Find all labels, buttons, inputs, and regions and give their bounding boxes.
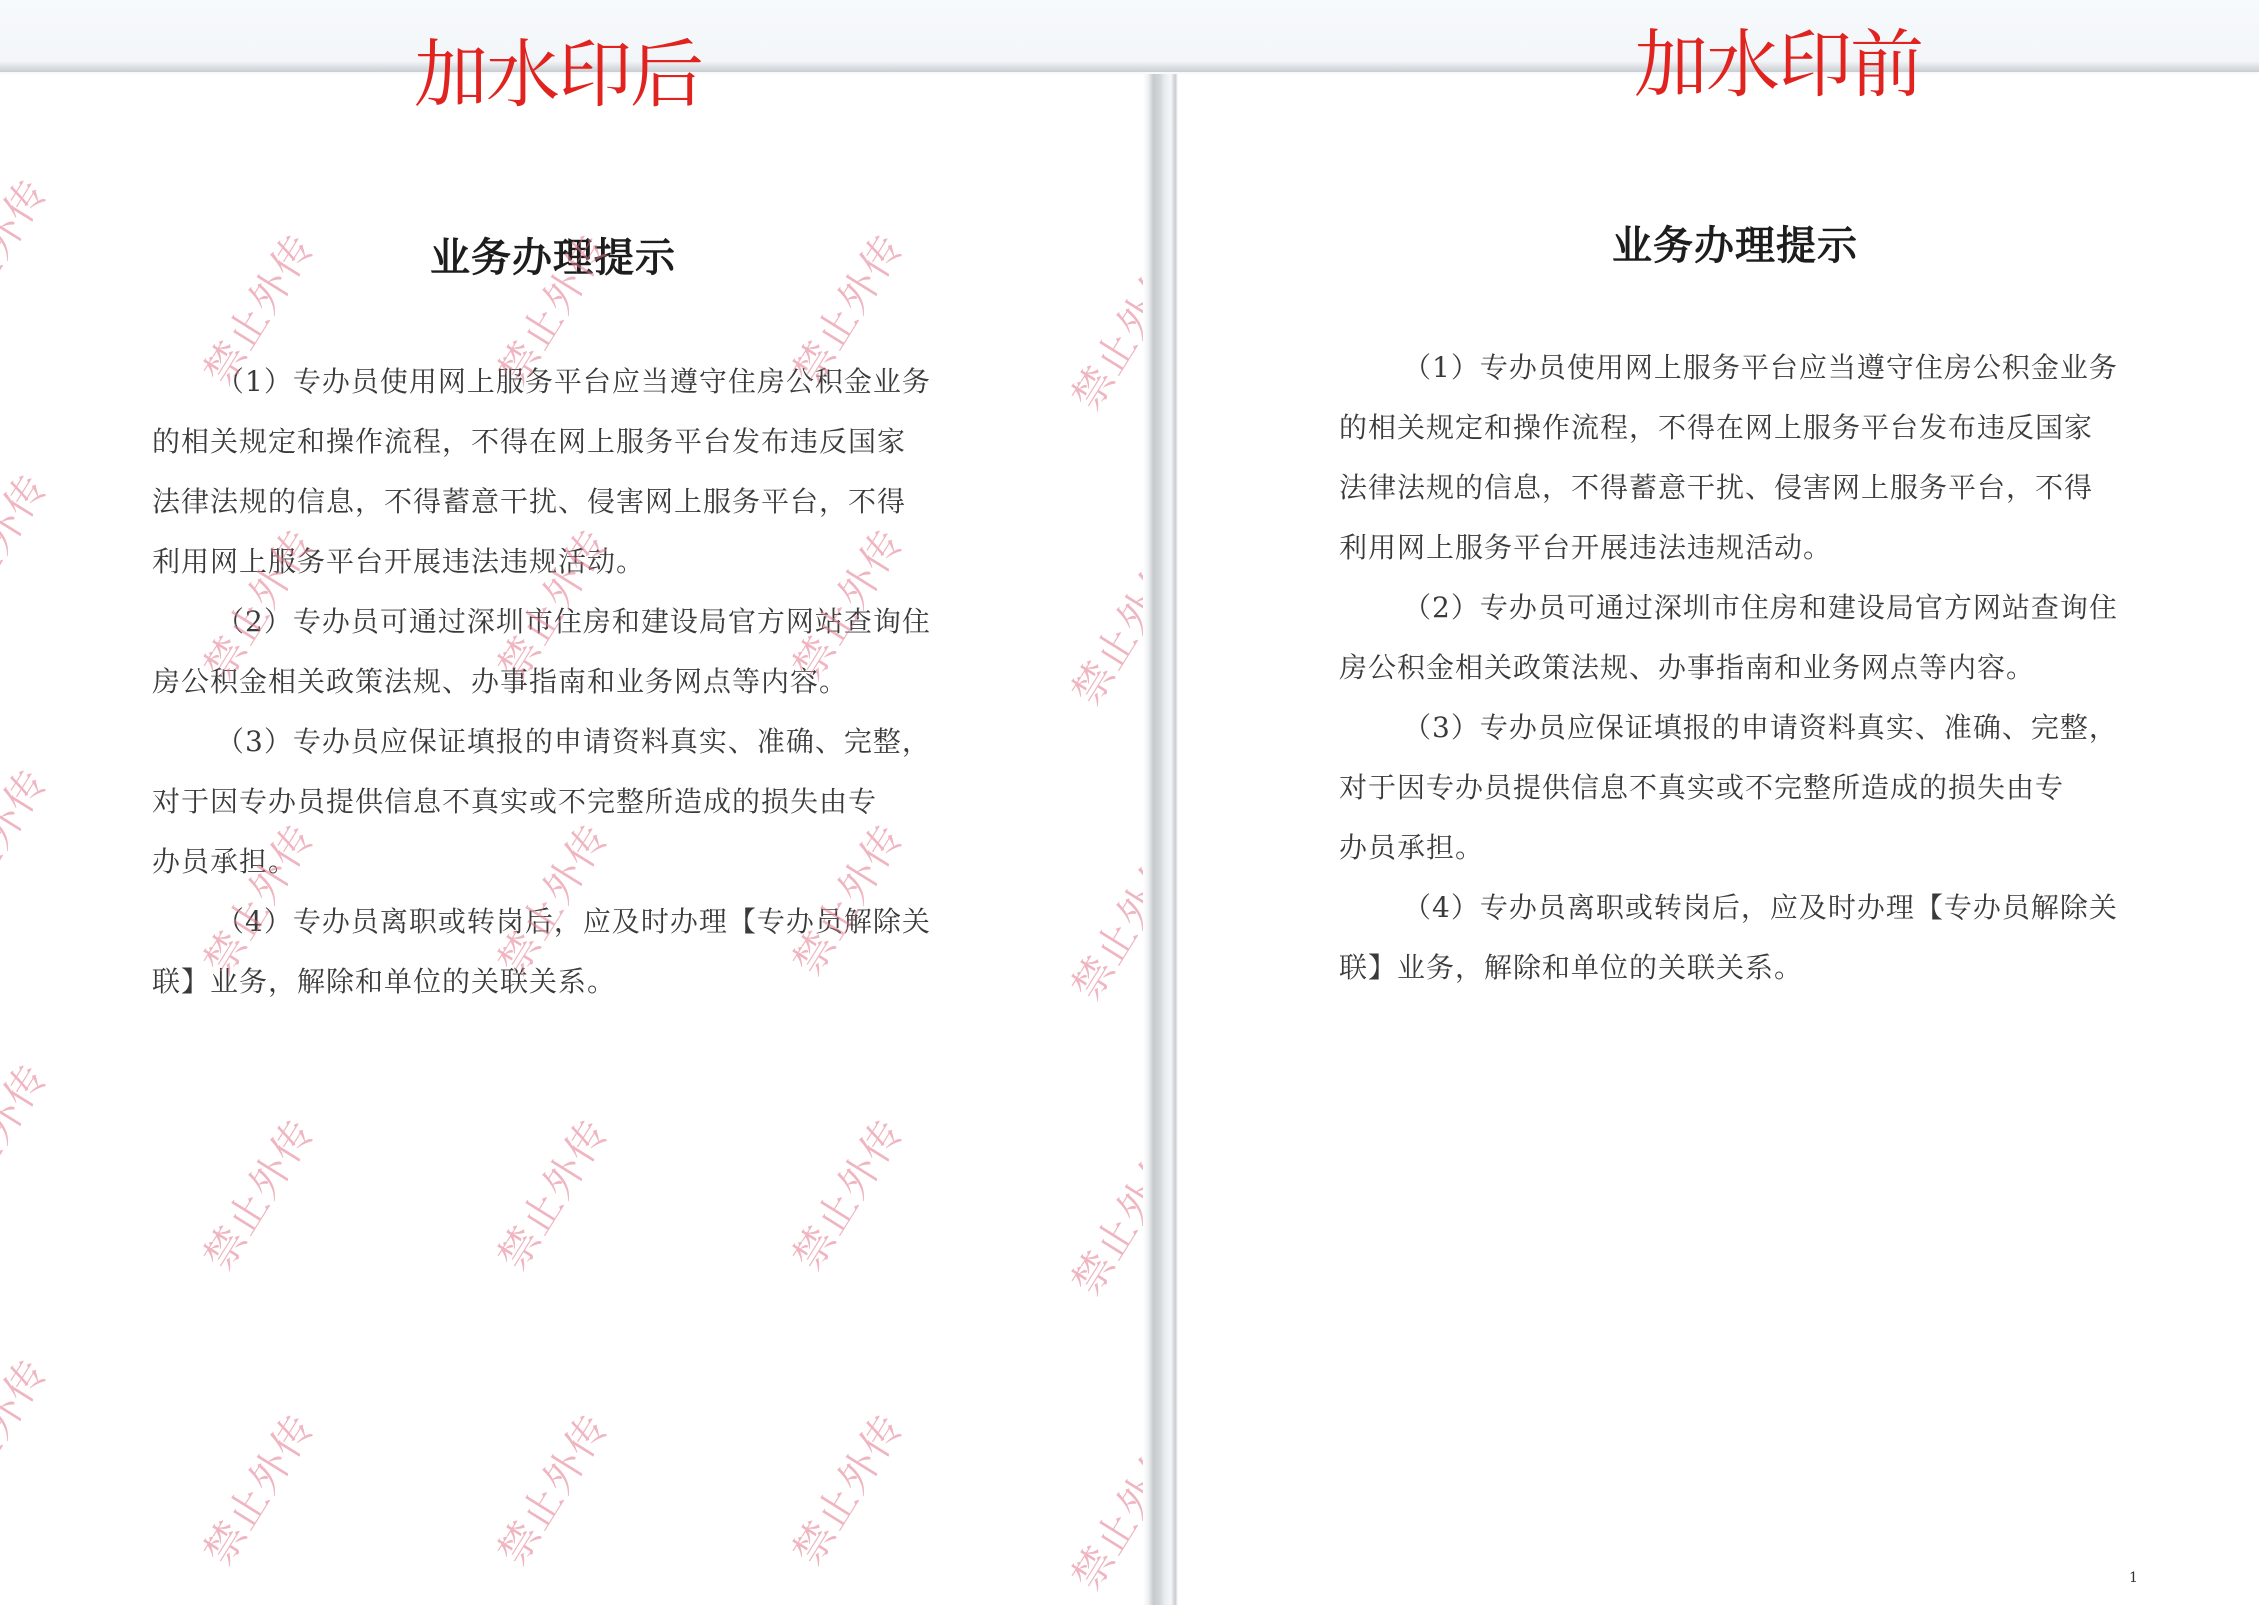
document-body: （1）专办员使用网上服务平台应当遵守住房公积金业务 的相关规定和操作流程，不得在…	[1339, 338, 2169, 998]
document-body: （1）专办员使用网上服务平台应当遵守住房公积金业务 的相关规定和操作流程，不得在…	[152, 352, 982, 1012]
body-line: 联】业务，解除和单位的关联关系。	[1339, 938, 2169, 998]
body-line: 的相关规定和操作流程，不得在网上服务平台发布违反国家	[152, 412, 982, 472]
watermark-text: 禁止外传	[0, 460, 59, 634]
body-line: （2）专办员可通过深圳市住房和建设局官方网站查询住	[1339, 578, 2169, 638]
body-line: 的相关规定和操作流程，不得在网上服务平台发布违反国家	[1339, 398, 2169, 458]
pdf-viewer-comparison: 业务办理提示 （1）专办员使用网上服务平台应当遵守住房公积金业务 的相关规定和操…	[0, 0, 2259, 1605]
watermark-text: 禁止外传	[777, 1400, 915, 1574]
watermark-text: 禁止外传	[0, 1050, 59, 1224]
body-line: （3）专办员应保证填报的申请资料真实、准确、完整，	[152, 712, 982, 772]
body-line: （4）专办员离职或转岗后，应及时办理【专办员解除关	[152, 892, 982, 952]
watermark-text: 禁止外传	[1056, 540, 1143, 714]
caption-before-watermark: 加水印前	[1634, 28, 1922, 102]
body-line: 利用网上服务平台开展违法违规活动。	[1339, 518, 2169, 578]
body-line: 利用网上服务平台开展违法违规活动。	[152, 532, 982, 592]
body-line: （2）专办员可通过深圳市住房和建设局官方网站查询住	[152, 592, 982, 652]
watermark-text: 禁止外传	[0, 165, 59, 339]
page-divider	[1143, 74, 1178, 1605]
body-line: （4）专办员离职或转岗后，应及时办理【专办员解除关	[1339, 878, 2169, 938]
body-line: 法律法规的信息，不得蓄意干扰、侵害网上服务平台，不得	[1339, 458, 2169, 518]
body-line: 对于因专办员提供信息不真实或不完整所造成的损失由专	[1339, 758, 2169, 818]
body-line: 联】业务，解除和单位的关联关系。	[152, 952, 982, 1012]
watermark-text: 禁止外传	[482, 1400, 620, 1574]
body-line: （1）专办员使用网上服务平台应当遵守住房公积金业务	[1339, 338, 2169, 398]
body-line: 法律法规的信息，不得蓄意干扰、侵害网上服务平台，不得	[152, 472, 982, 532]
watermark-text: 禁止外传	[188, 1400, 326, 1574]
watermark-text: 禁止外传	[1056, 835, 1143, 1009]
caption-after-watermark: 加水印后	[414, 38, 702, 112]
body-line: 办员承担。	[152, 832, 982, 892]
watermark-text: 禁止外传	[777, 1105, 915, 1279]
page-number: 1	[2129, 1570, 2138, 1586]
body-line: 对于因专办员提供信息不真实或不完整所造成的损失由专	[152, 772, 982, 832]
watermark-text: 禁止外传	[188, 1105, 326, 1279]
document-title: 业务办理提示	[1612, 214, 1858, 271]
watermark-text: 禁止外传	[1056, 1425, 1143, 1599]
watermark-text: 禁止外传	[1056, 245, 1143, 419]
body-line: 办员承担。	[1339, 818, 2169, 878]
watermark-text: 禁止外传	[0, 1345, 59, 1519]
body-line: （3）专办员应保证填报的申请资料真实、准确、完整，	[1339, 698, 2169, 758]
watermark-text: 禁止外传	[0, 755, 59, 929]
watermark-text: 禁止外传	[482, 1105, 620, 1279]
body-line: 房公积金相关政策法规、办事指南和业务网点等内容。	[1339, 638, 2169, 698]
body-line: 房公积金相关政策法规、办事指南和业务网点等内容。	[152, 652, 982, 712]
document-title: 业务办理提示	[430, 226, 676, 283]
document-page-watermarked[interactable]: 业务办理提示 （1）专办员使用网上服务平台应当遵守住房公积金业务 的相关规定和操…	[0, 74, 1143, 1605]
document-page-original[interactable]: 业务办理提示 （1）专办员使用网上服务平台应当遵守住房公积金业务 的相关规定和操…	[1178, 74, 2259, 1605]
body-line: （1）专办员使用网上服务平台应当遵守住房公积金业务	[152, 352, 982, 412]
watermark-text: 禁止外传	[1056, 1130, 1143, 1304]
